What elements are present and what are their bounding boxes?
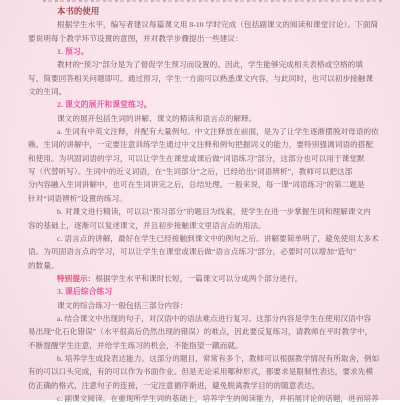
section-heading: 3. 课后综合练习 (28, 285, 374, 298)
text-line: c. 语言点的讲解，最好在学生已经接触到课文中的例句之后。讲解要简单明了，避免使… (28, 232, 374, 245)
text-line: 写、简要回答相关问题即可。通过预习，学生一方面可以熟悉课文内容，与此同时，也可以… (28, 72, 374, 85)
text-line: 和使用。为巩固词语的学习，可以让学生在课堂或课后做“词语练习”部分，这部分也可以… (28, 152, 374, 165)
section-heading: 2. 课文的展开和课堂练习。 (28, 98, 374, 111)
note-label: 特别提示： (57, 274, 95, 283)
text-line: 针对“词语辨析”设置的练习。 (28, 192, 374, 205)
text-line: 课文的展开包括生词的讲解、课文的精读和语言点的解释。 (28, 112, 374, 125)
text-line: 课文的综合练习一般包括三部分内容： (28, 299, 374, 312)
page-title: 本书的使用 (28, 5, 374, 18)
text-line: 语。为巩固语言点的学习，可以让学生在课堂或课后做“语言点练习”部分，必要时可以增… (28, 245, 374, 258)
text-line: a. 生词有中英文注释，并配有大量例句。中文注释放在前面，是为了让学生逐渐摆脱对… (28, 125, 374, 138)
text-line: a. 结合课文中出现的句子，对汉语中的语法难点进行复习。这部分内容是学生在使用汉… (28, 312, 374, 325)
text-line: 分内容融入生词讲解中，也可在生词讲完之后，总结处理。一般来说，每一课“词语练习”… (28, 178, 374, 191)
text-block: 本书的使用根据学生水平，编写者建议每篇课文用 8-10 学时完成（包括副课文的阅… (28, 5, 374, 400)
note-text: 根据学生水平和课时长短，一篇课文可以分成两个部分进行。 (95, 274, 302, 283)
note-line: 特别提示：根据学生水平和课时长短，一篇课文可以分成两个部分进行。 (28, 272, 374, 285)
clipped-text-remnant (43, 0, 382, 2)
text-line: 易出现“化石化错误”（水平很高后仍然出现的错误）的难点，因此要反复练习，请教师在… (28, 325, 374, 338)
text-line: 写（代替听写）。生词中的近义词语，在“生词部分”之后，已经给出“词语辨析”，教师… (28, 165, 374, 178)
text-line: 不断提醒学生注意，并给学生练习的机会，不能指望一蹴而就。 (28, 339, 374, 352)
text-line: c. 副课文阅读。在重现所学生词的基础上，培养学生的阅读能力，并拓展讨论的话题，… (28, 392, 374, 400)
text-line: 仿正确的格式，注意句子的连接，一定注意循序渐进，避免脱离教学目的的随意表达。 (28, 379, 374, 392)
book-page: 本书的使用根据学生水平，编写者建议每篇课文用 8-10 学时完成（包括副课文的阅… (0, 0, 400, 400)
text-line: 文的生词。 (28, 85, 374, 98)
text-line: 的数量。 (28, 259, 374, 272)
text-line: 根据学生水平，编写者建议每篇课文用 8-10 学时完成（包括副课文的阅读和课堂讨… (28, 18, 374, 31)
text-line: 赖。生词的讲解中，一定要注意训练学生通过中文注释和例句把握词义的能力，要特别强调… (28, 138, 374, 151)
text-line: 要说明每个教学环节设置的意图，并对教学步骤提出一些建议： (28, 32, 374, 45)
text-line: b. 培养学生成段表达能力。这部分的题目，常常有多个，教师可以根据教学情况有所取… (28, 352, 374, 365)
text-line: 有的可以口头完成，有的可以作为书面作业。但是无论采用哪种形式，都要求是限制性表达… (28, 365, 374, 378)
text-line: 容的基础上，逐渐可以复述课文，并且初步接触课文里语言点的用法。 (28, 219, 374, 232)
text-line: b. 对课文进行精读，可以以“预习部分”的题目为线索，使学生在进一步掌握生词和理… (28, 205, 374, 218)
section-heading: 1. 预习。 (28, 45, 374, 58)
text-line: 教材的“预习”部分是为了督促学生预习而设置的。因此，学生能够完成相关表格或空格的… (28, 58, 374, 71)
